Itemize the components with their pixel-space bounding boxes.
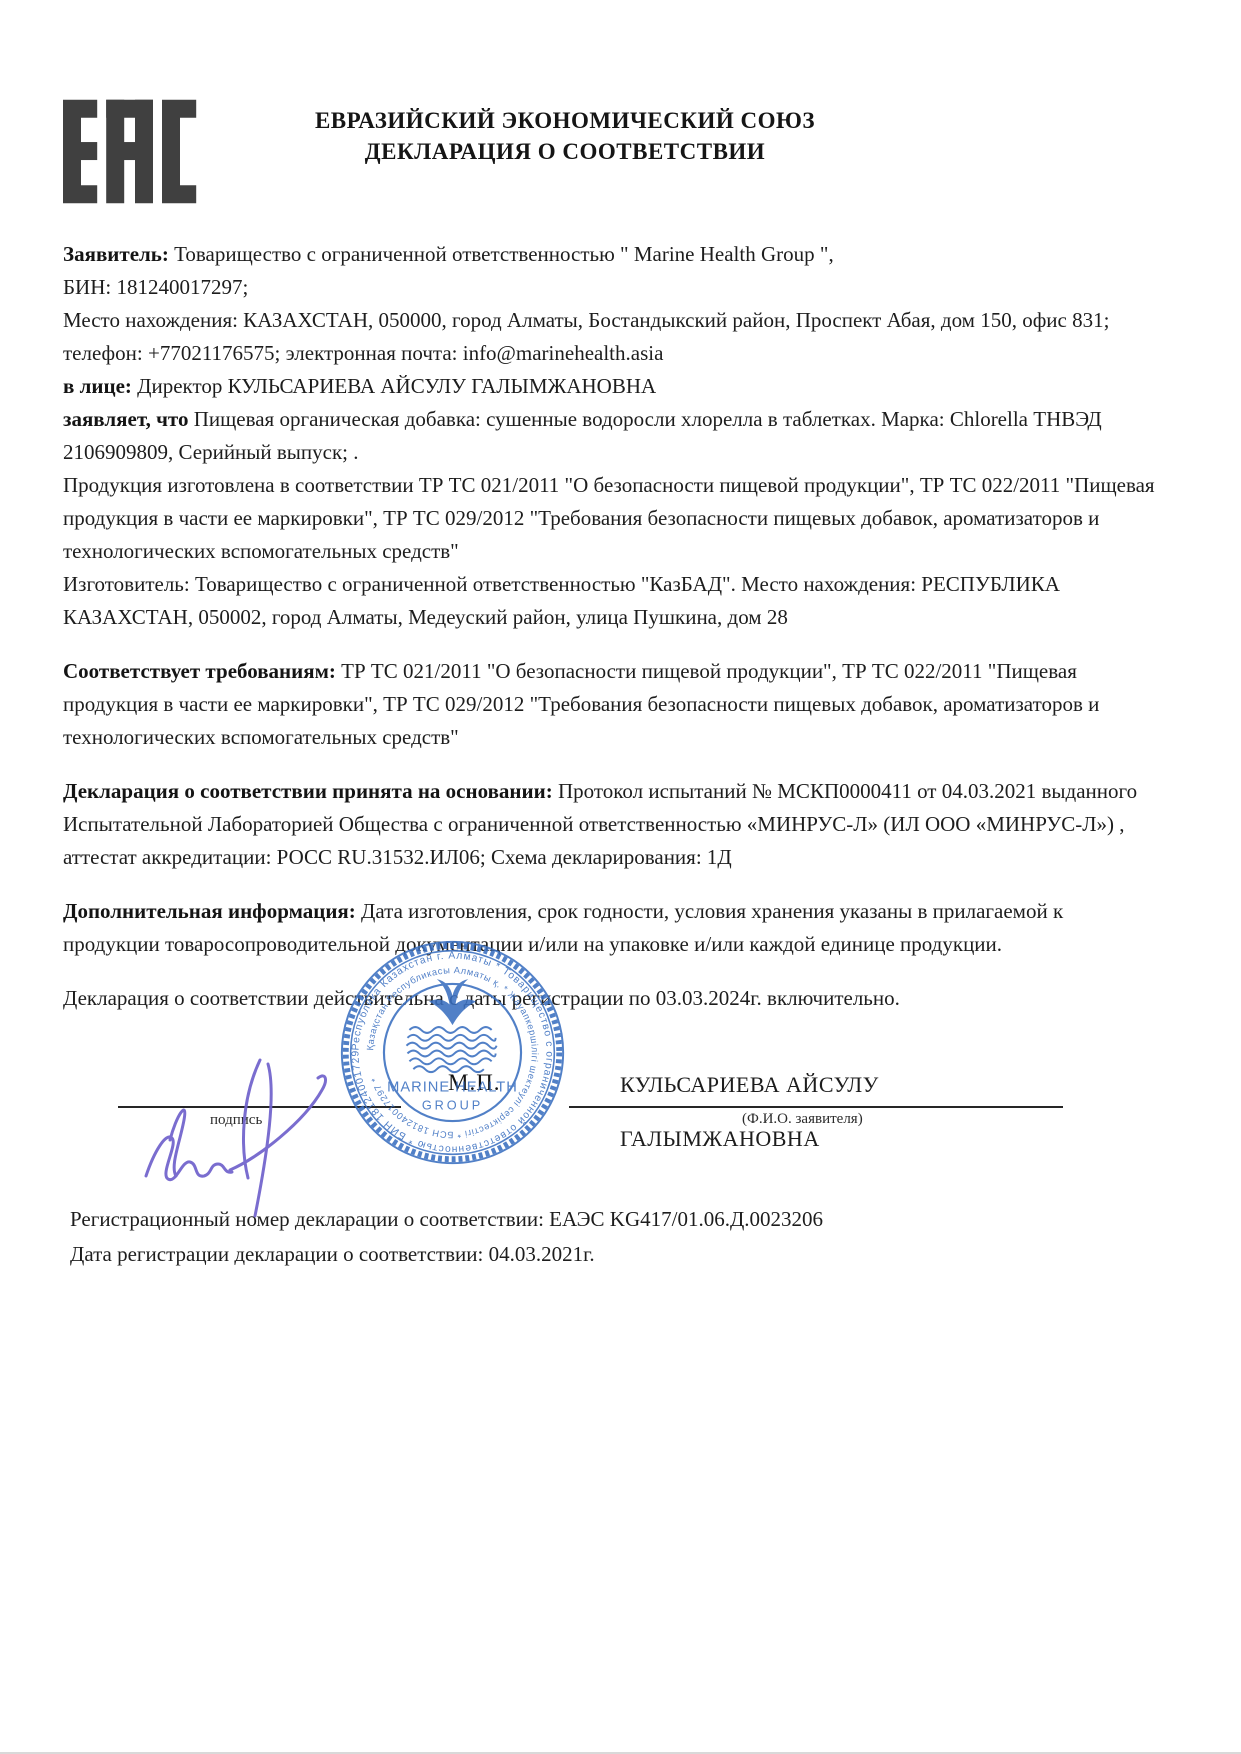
document-page: ЕВРАЗИЙСКИЙ ЭКОНОМИЧЕСКИЙ СОЮЗ ДЕКЛАРАЦИ…	[0, 0, 1241, 1754]
represented-line: в лице: Директор КУЛЬСАРИЕВА АЙСУЛУ ГАЛЫ…	[63, 370, 1156, 403]
represented-value: Директор КУЛЬСАРИЕВА АЙСУЛУ ГАЛЫМЖАНОВНА	[132, 374, 656, 398]
represented-label: в лице:	[63, 374, 132, 398]
applicant-value: Товарищество с ограниченной ответственно…	[169, 242, 834, 266]
document-body: Заявитель: Товарищество с ограниченной о…	[0, 238, 1241, 1194]
signature-block: подпись М.П. КУЛЬСАРИЕВА АЙСУЛУ (Ф.И.О. …	[63, 1022, 1156, 1194]
complies-line: Соответствует требованиям: ТР ТС 021/201…	[63, 655, 1156, 754]
validity-line: Декларация о соответствии действительна …	[63, 982, 1156, 1015]
applicant-line: Заявитель: Товарищество с ограниченной о…	[63, 238, 1156, 271]
registration-number-line: Регистрационный номер декларации о соотв…	[70, 1202, 1181, 1237]
title-line-1: ЕВРАЗИЙСКИЙ ЭКОНОМИЧЕСКИЙ СОЮЗ	[215, 105, 915, 136]
document-header: ЕВРАЗИЙСКИЙ ЭКОНОМИЧЕСКИЙ СОЮЗ ДЕКЛАРАЦИ…	[0, 93, 1241, 210]
title-line-2: ДЕКЛАРАЦИЯ О СООТВЕТСТВИИ	[215, 136, 915, 167]
additional-info-line: Дополнительная информация: Дата изготовл…	[63, 895, 1156, 961]
registration-footer: Регистрационный номер декларации о соотв…	[0, 1194, 1241, 1272]
basis-label: Декларация о соответствии принята на осн…	[63, 779, 553, 803]
made-in-accordance-line: Продукция изготовлена в соответствии ТР …	[63, 469, 1156, 568]
eac-mark-logo	[63, 93, 198, 210]
signature-line	[118, 1106, 401, 1108]
address-line: Место нахождения: КАЗАХСТАН, 050000, гор…	[63, 304, 1156, 370]
stamp-place-mark: М.П.	[448, 1070, 501, 1096]
manufacturer-line: Изготовитель: Товарищество с ограниченно…	[63, 568, 1156, 634]
additional-info-label: Дополнительная информация:	[63, 899, 356, 923]
registration-date-line: Дата регистрации декларации о соответств…	[70, 1237, 1181, 1272]
applicant-name-line2: ГАЛЫМЖАНОВНА	[620, 1126, 820, 1152]
declares-label: заявляет, что	[63, 407, 188, 431]
signature-caption: подпись	[210, 1112, 262, 1129]
applicant-name-line1: КУЛЬСАРИЕВА АЙСУЛУ	[620, 1072, 879, 1098]
declares-line: заявляет, что Пищевая органическая добав…	[63, 403, 1156, 469]
bin-line: БИН: 181240017297;	[63, 271, 1156, 304]
declares-value: Пищевая органическая добавка: сушенные в…	[63, 407, 1102, 464]
name-line	[569, 1106, 1063, 1108]
complies-label: Соответствует требованиям:	[63, 659, 336, 683]
document-title: ЕВРАЗИЙСКИЙ ЭКОНОМИЧЕСКИЙ СОЮЗ ДЕКЛАРАЦИ…	[215, 105, 915, 167]
basis-line: Декларация о соответствии принята на осн…	[63, 775, 1156, 874]
applicant-label: Заявитель:	[63, 242, 169, 266]
